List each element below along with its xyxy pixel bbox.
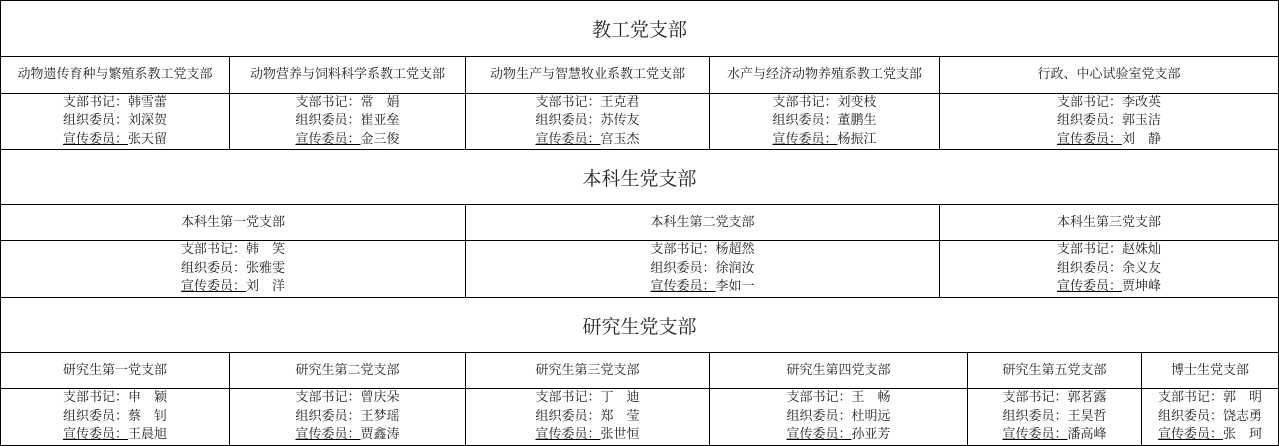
- branch-header: 研究生第五党支部: [967, 352, 1142, 389]
- branch-header: 本科生第一党支部: [0, 204, 466, 241]
- party-branch-organization-table: 教工党支部 动物遗传育种与繁殖系教工党支部 动物营养与饲料科学系教工党支部 动物…: [0, 0, 1279, 446]
- branch-members: 支部书记：杨超然 组织委员：徐润汝 宣传委员：李如一: [465, 240, 940, 298]
- branch-header: 动物遗传育种与繁殖系教工党支部: [0, 56, 230, 94]
- member-row: 支部书记：常 娟: [295, 94, 399, 113]
- member-row: 宣传委员：张 珂: [1158, 426, 1262, 445]
- member-row: 宣传委员：王晨旭: [63, 426, 167, 445]
- branch-members: 支部书记：韩 笑 组织委员：张雅雯 宣传委员：刘 洋: [0, 240, 466, 298]
- branch-members: 支部书记：王 畅 组织委员：杜明远 宣传委员：孙亚芳: [709, 388, 968, 446]
- member-row: 支部书记：郭 明: [1158, 389, 1262, 408]
- member-row: 组织委员：董鹏生: [772, 112, 876, 131]
- member-row: 宣传委员：潘高峰: [1002, 426, 1106, 445]
- member-row: 宣传委员：刘 洋: [181, 278, 285, 297]
- branch-header: 研究生第四党支部: [709, 352, 968, 389]
- member-row: 宣传委员：张天留: [63, 131, 167, 150]
- branch-members: 支部书记：王克君 组织委员：苏传友 宣传委员：宫玉杰: [465, 93, 710, 150]
- member-row: 宣传委员：李如一: [650, 278, 754, 297]
- section-title-text: 研究生党支部: [582, 312, 696, 339]
- branch-header: 动物营养与饲料科学系教工党支部: [229, 56, 466, 94]
- member-row: 组织委员：王梦瑶: [295, 408, 399, 427]
- member-row: 组织委员：杜明远: [786, 408, 890, 427]
- branch-header: 研究生第三党支部: [465, 352, 710, 389]
- member-row: 宣传委员：刘 静: [1057, 131, 1161, 150]
- branch-members: 支部书记：刘变枝 组织委员：董鹏生 宣传委员：杨振江: [709, 93, 940, 150]
- member-row: 组织委员：徐润汝: [650, 260, 754, 279]
- member-row: 组织委员：张雅雯: [181, 260, 285, 279]
- member-row: 支部书记：李改英: [1057, 94, 1161, 113]
- branch-members: 支部书记：常 娟 组织委员：崔亚垒 宣传委员：金三俊: [229, 93, 466, 150]
- branch-header: 行政、中心试验室党支部: [939, 56, 1279, 94]
- member-row: 组织委员：余义友: [1057, 260, 1161, 279]
- member-row: 组织委员：苏传友: [535, 112, 639, 131]
- member-row: 宣传委员：金三俊: [295, 131, 399, 150]
- section-title-text: 本科生党支部: [582, 164, 696, 191]
- member-row: 支部书记：杨超然: [650, 241, 754, 260]
- member-row: 支部书记：韩 笑: [181, 241, 285, 260]
- section-title-faculty: 教工党支部: [0, 0, 1279, 57]
- member-row: 组织委员：郑 莹: [535, 408, 639, 427]
- member-row: 支部书记：曾庆朵: [295, 389, 399, 408]
- branch-members: 支部书记：曾庆朵 组织委员：王梦瑶 宣传委员：贾鑫涛: [229, 388, 466, 446]
- branch-members: 支部书记：李改英 组织委员：郭玉洁 宣传委员：刘 静: [939, 93, 1279, 150]
- member-row: 组织委员：刘深贺: [63, 112, 167, 131]
- member-row: 宣传委员：贾鑫涛: [295, 426, 399, 445]
- member-row: 支部书记：王 畅: [786, 389, 890, 408]
- member-row: 组织委员：王昊哲: [1002, 408, 1106, 427]
- member-row: 组织委员：郭玉洁: [1057, 112, 1161, 131]
- branch-members: 支部书记：韩雪蕾 组织委员：刘深贺 宣传委员：张天留: [0, 93, 230, 150]
- member-row: 组织委员：饶志勇: [1158, 408, 1262, 427]
- member-row: 组织委员：崔亚垒: [295, 112, 399, 131]
- member-row: 支部书记：申 颖: [63, 389, 167, 408]
- section-title-undergraduate: 本科生党支部: [0, 149, 1279, 205]
- branch-members: 支部书记：申 颖 组织委员：蔡 钊 宣传委员：王晨旭: [0, 388, 230, 446]
- branch-header: 水产与经济动物养殖系教工党支部: [709, 56, 940, 94]
- branch-header: 博士生党支部: [1141, 352, 1279, 389]
- branch-header: 研究生第一党支部: [0, 352, 230, 389]
- branch-members: 支部书记：丁 迪 组织委员：郑 莹 宣传委员：张世恒: [465, 388, 710, 446]
- branch-header: 本科生第三党支部: [939, 204, 1279, 241]
- branch-members: 支部书记：郭 明 组织委员：饶志勇 宣传委员：张 珂: [1141, 388, 1279, 446]
- member-row: 支部书记：赵姝灿: [1057, 241, 1161, 260]
- member-row: 支部书记：王克君: [535, 94, 639, 113]
- section-title-text: 教工党支部: [592, 15, 687, 42]
- branch-members: 支部书记：赵姝灿 组织委员：余义友 宣传委员：贾坤峰: [939, 240, 1279, 298]
- branch-header: 动物生产与智慧牧业系教工党支部: [465, 56, 710, 94]
- branch-header: 研究生第二党支部: [229, 352, 466, 389]
- member-row: 支部书记：韩雪蕾: [63, 94, 167, 113]
- member-row: 组织委员：蔡 钊: [63, 408, 167, 427]
- member-row: 支部书记：丁 迪: [535, 389, 639, 408]
- member-row: 宣传委员：孙亚芳: [786, 426, 890, 445]
- member-row: 宣传委员：宫玉杰: [535, 131, 639, 150]
- branch-members: 支部书记：郭茗露 组织委员：王昊哲 宣传委员：潘高峰: [967, 388, 1142, 446]
- member-row: 宣传委员：杨振江: [772, 131, 876, 150]
- section-title-graduate: 研究生党支部: [0, 297, 1279, 353]
- member-row: 宣传委员：贾坤峰: [1057, 278, 1161, 297]
- branch-header: 本科生第二党支部: [465, 204, 940, 241]
- member-row: 宣传委员：张世恒: [535, 426, 639, 445]
- member-row: 支部书记：郭茗露: [1002, 389, 1106, 408]
- member-row: 支部书记：刘变枝: [772, 94, 876, 113]
